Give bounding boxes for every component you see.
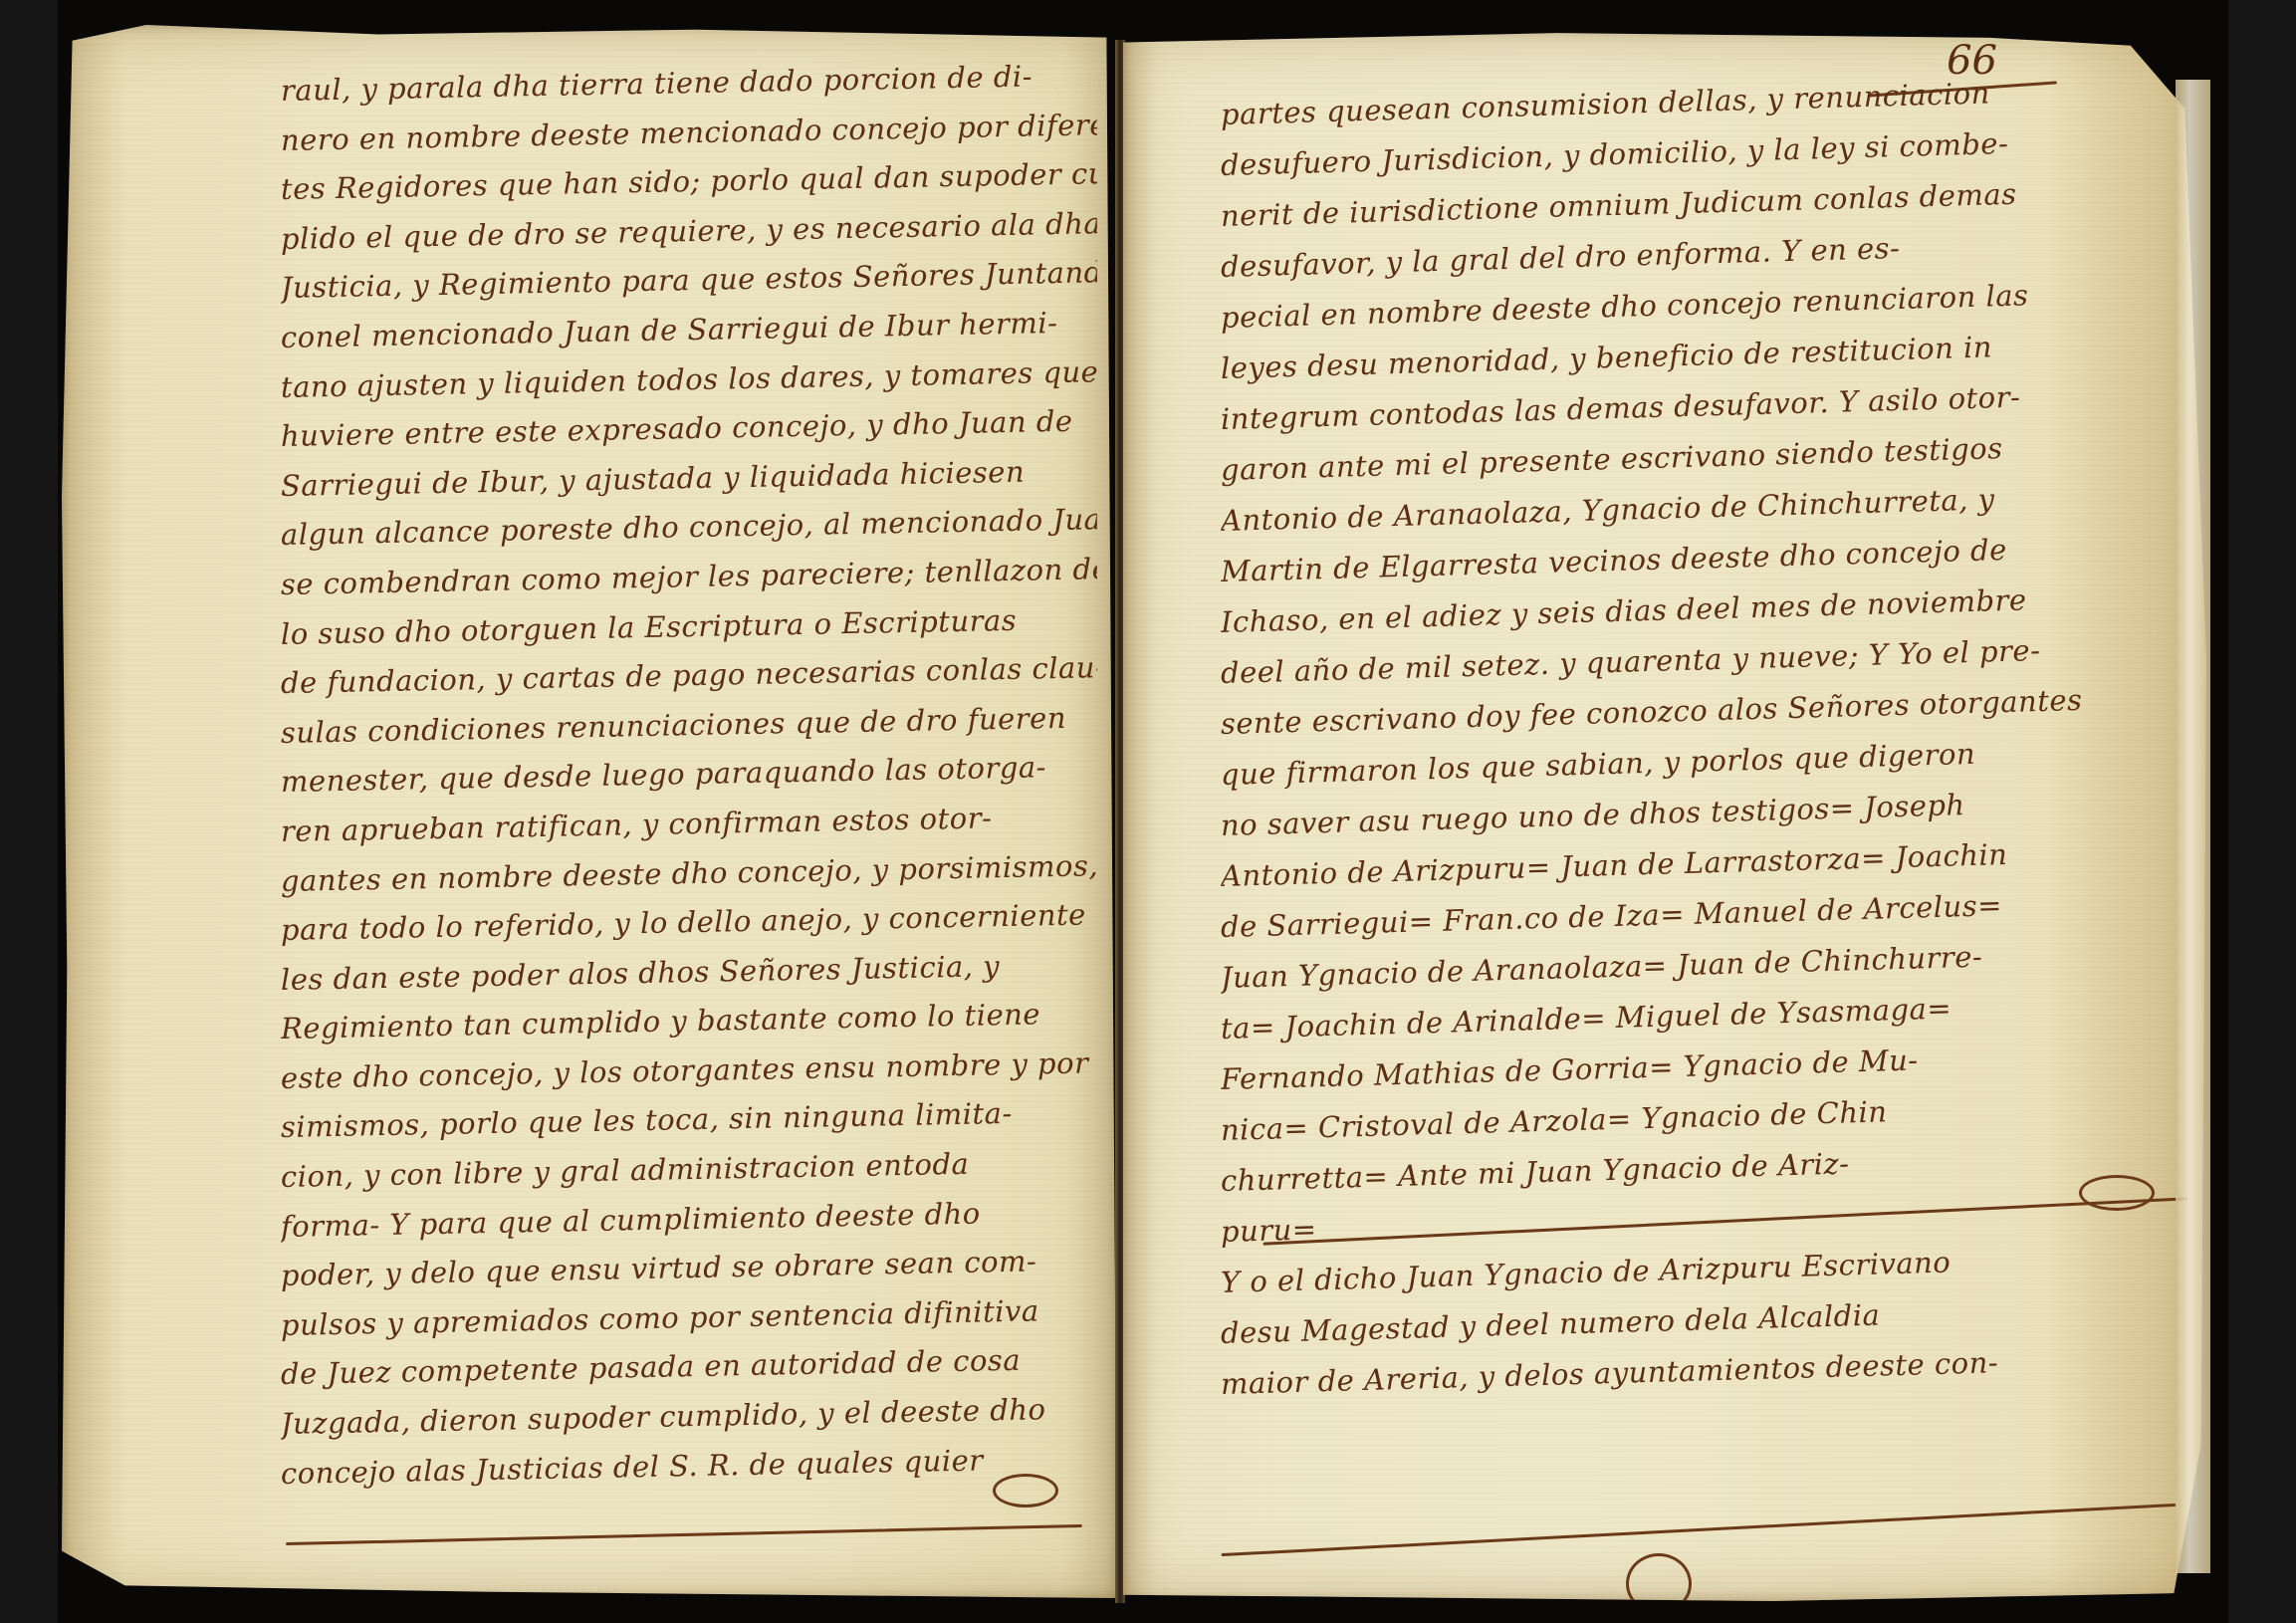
- flourish-mark: [2079, 1175, 2155, 1211]
- flourish-mark: [993, 1474, 1058, 1507]
- left-page-text: raul, y parala dha tierra tiene dado por…: [281, 67, 1097, 1499]
- flourish-mark: [1626, 1553, 1692, 1601]
- right-page: 66 partes quesean consumision dellas, y …: [1123, 30, 2206, 1601]
- closing-rule-line: [286, 1524, 1082, 1545]
- right-page-text: partes quesean consumision dellas, y ren…: [1221, 90, 2117, 1410]
- document-scan: raul, y parala dha tierra tiene dado por…: [0, 0, 2296, 1623]
- closing-rule-line: [1222, 1504, 2177, 1556]
- left-page: raul, y parala dha tierra tiene dado por…: [62, 25, 1117, 1598]
- page-edge-strip: [2176, 80, 2210, 1573]
